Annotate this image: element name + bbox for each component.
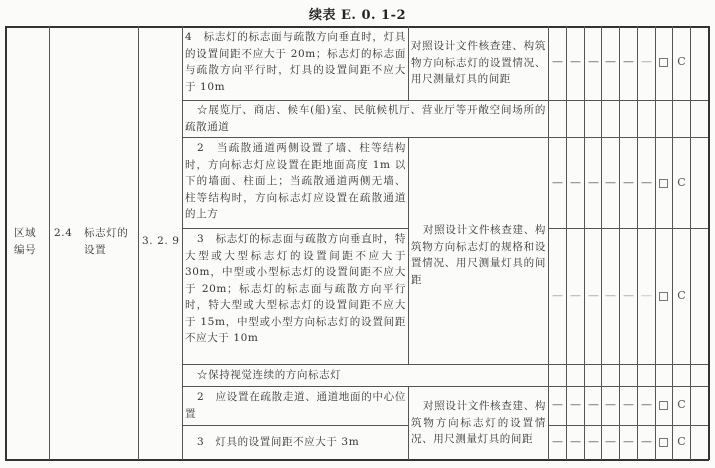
row-divider — [548, 425, 709, 426]
dash-mark: — — [602, 176, 619, 189]
row-divider — [182, 386, 709, 387]
dash-mark: — — [567, 398, 584, 411]
row-divider — [182, 228, 408, 229]
grade-mark: C — [673, 289, 690, 302]
region-label: 区域 编号 — [14, 225, 48, 258]
col-divider — [619, 26, 620, 460]
dash-mark: — — [585, 435, 602, 448]
dash-mark: — — [602, 289, 619, 302]
table-left-border — [5, 26, 7, 460]
dash-mark: — — [549, 176, 566, 189]
dash-mark: — — [567, 176, 584, 189]
dash-mark: — — [549, 398, 566, 411]
col-divider — [672, 26, 673, 460]
grade-mark: C — [673, 55, 690, 68]
dash-mark: — — [585, 289, 602, 302]
dash-mark: — — [638, 398, 655, 411]
method-text: 对照设计文件核查建、构筑物方向标志灯的设置情况、用尺测量灯具的间距 — [411, 398, 546, 448]
checkbox[interactable] — [659, 179, 668, 188]
dash-mark: — — [585, 55, 602, 68]
row-divider — [182, 364, 709, 365]
dash-mark: — — [602, 398, 619, 411]
dash-mark: — — [567, 289, 584, 302]
row-divider — [182, 137, 709, 138]
col-divider — [138, 26, 139, 460]
requirement-text: 3 标志灯的标志面与疏散方向垂直时，特大型或大型标志灯的设置间距不应大于 30m… — [185, 231, 406, 347]
dash-mark: — — [602, 435, 619, 448]
col-divider — [408, 26, 409, 100]
col-divider — [690, 26, 691, 460]
checkbox[interactable] — [659, 438, 668, 447]
col-divider — [49, 26, 50, 460]
dash-mark: — — [602, 55, 619, 68]
dash-mark: — — [620, 398, 637, 411]
dash-mark: — — [585, 176, 602, 189]
row-divider — [182, 425, 408, 426]
dash-mark: — — [585, 398, 602, 411]
dash-mark: — — [638, 435, 655, 448]
col-divider — [548, 26, 549, 460]
table-bottom-border — [5, 459, 709, 461]
clause-number: 3. 2. 9 — [142, 233, 182, 250]
method-text: 对照设计文件核查建、构筑物方向标志灯的设置情况、用尺测量灯具的间距 — [411, 38, 546, 88]
col-divider — [182, 26, 183, 460]
grade-mark: C — [673, 398, 690, 411]
dash-mark: — — [620, 176, 637, 189]
col-divider — [584, 26, 585, 460]
table-top-border — [5, 26, 709, 28]
col-divider — [408, 386, 409, 460]
col-divider — [637, 26, 638, 460]
dash-mark: — — [549, 435, 566, 448]
row-divider — [182, 100, 709, 101]
section-heading: ☆保持视觉连续的方向标志灯 — [185, 367, 546, 384]
grade-mark: C — [673, 176, 690, 189]
dash-mark: — — [620, 289, 637, 302]
dash-mark: — — [567, 55, 584, 68]
dash-mark: — — [620, 55, 637, 68]
requirement-text: 3 灯具的设置间距不应大于 3m — [185, 434, 406, 451]
requirement-text: 2 当疏散通道两侧设置了墙、柱等结构时，方向标志灯应设置在距地面高度 1m 以下… — [185, 140, 406, 223]
col-divider — [601, 26, 602, 460]
dash-mark: — — [620, 435, 637, 448]
section-heading: ☆展览厅、商店、候车(船)室、民航候机厅、营业厅等开敞空间场所的疏散通道 — [185, 102, 546, 135]
col-divider — [566, 26, 567, 460]
dash-mark: — — [638, 55, 655, 68]
table-right-border — [708, 26, 710, 460]
item-name: 标志灯的 设置 — [84, 225, 138, 258]
checkbox[interactable] — [659, 401, 668, 410]
table-title: 续表 E. 0. 1-2 — [0, 4, 715, 23]
requirement-text: 2 应设置在疏散走道、通道地面的中心位置 — [185, 389, 406, 422]
dash-mark: — — [549, 55, 566, 68]
grade-mark: C — [673, 435, 690, 448]
method-text: 对照设计文件核查建、构筑物方向标志灯的规格和设置情况、用尺测量灯具的间距 — [411, 222, 546, 288]
dash-mark: — — [638, 176, 655, 189]
requirement-text: 4 标志灯的标志面与疏散方向垂直时，灯具的设置间距不应大于 20m；标志灯的标志… — [185, 29, 406, 95]
row-divider — [548, 228, 709, 229]
item-number: 2.4 — [54, 225, 84, 242]
dash-mark: — — [549, 289, 566, 302]
checkbox[interactable] — [659, 292, 668, 301]
checkbox[interactable] — [659, 58, 668, 67]
dash-mark: — — [638, 289, 655, 302]
col-divider — [655, 26, 656, 460]
col-divider — [408, 137, 409, 364]
dash-mark: — — [567, 435, 584, 448]
